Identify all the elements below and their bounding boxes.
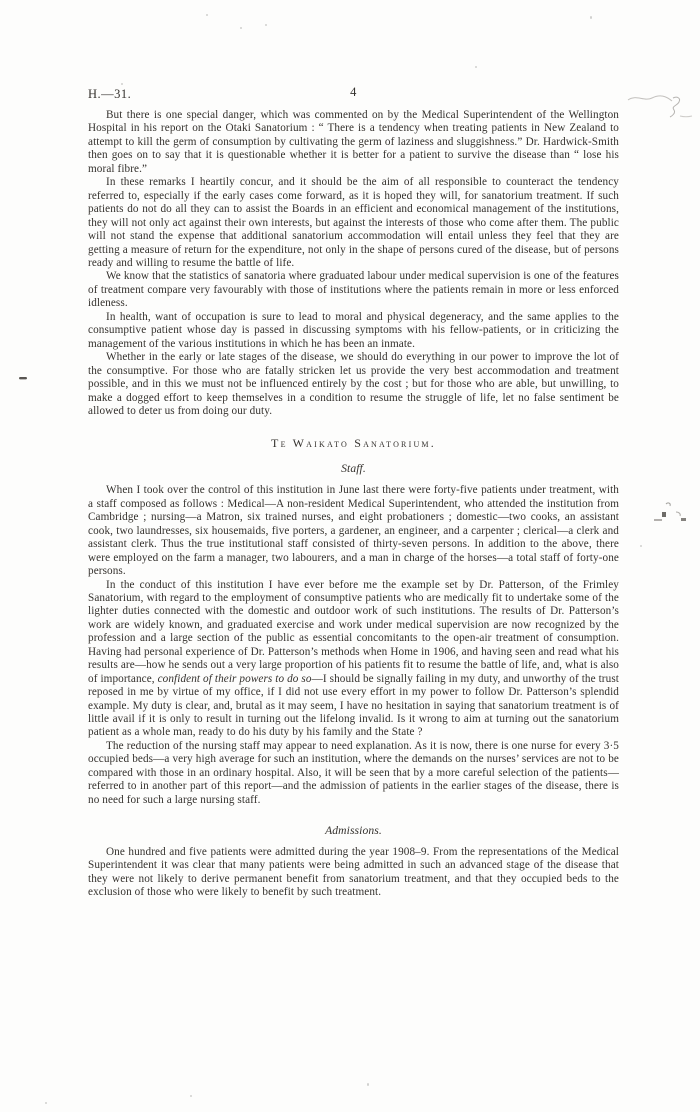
paragraph-conduct: In the conduct of this institution I hav… <box>88 579 619 740</box>
scan-speckle <box>121 83 123 85</box>
scan-speckle <box>190 1095 192 1097</box>
scan-speckle <box>475 66 477 68</box>
scan-speckle <box>265 24 267 26</box>
scan-speckle <box>640 545 642 547</box>
scan-speckle <box>240 27 242 29</box>
scan-speckle <box>45 1102 47 1104</box>
paragraph-conduct-text-pre: In the conduct of this institution I hav… <box>88 579 619 685</box>
scan-speckle <box>206 14 208 16</box>
paragraph-early-late-stages: Whether in the early or late stages of t… <box>88 351 619 418</box>
paragraph-admissions: One hundred and five patients were admit… <box>88 846 619 900</box>
pencil-scribble-right-margin <box>648 500 696 530</box>
sub-heading-admissions: Admissions. <box>88 824 619 837</box>
document-body: But there is one special danger, which w… <box>88 109 619 899</box>
page-header: H.—31. 4 <box>88 85 619 101</box>
page-number: 4 <box>88 85 619 100</box>
section-heading-te-waikato: Te Waikato Sanatorium. <box>88 437 619 450</box>
paragraph-staff-composition: When I took over the control of this ins… <box>88 484 619 578</box>
paragraph-health-occupation: In health, want of occupation is sure to… <box>88 311 619 351</box>
sub-heading-staff: Staff. <box>88 462 619 475</box>
ink-dash-left-margin <box>18 373 32 383</box>
scan-speckle <box>590 16 592 19</box>
pencil-squiggle-top-right <box>626 84 698 128</box>
paragraph-nursing-reduction: The reduction of the nursing staff may a… <box>88 740 619 807</box>
scanned-report-page: H.—31. 4 But there is one special danger… <box>0 0 700 1112</box>
paragraph-conduct-italic-phrase: confident of their powers to do so <box>158 673 312 685</box>
paragraph-special-danger: But there is one special danger, which w… <box>88 109 619 176</box>
paragraph-remarks-concur: In these remarks I heartily concur, and … <box>88 176 619 270</box>
paragraph-statistics: We know that the statistics of sanatoria… <box>88 270 619 310</box>
scan-speckle <box>367 1083 369 1086</box>
